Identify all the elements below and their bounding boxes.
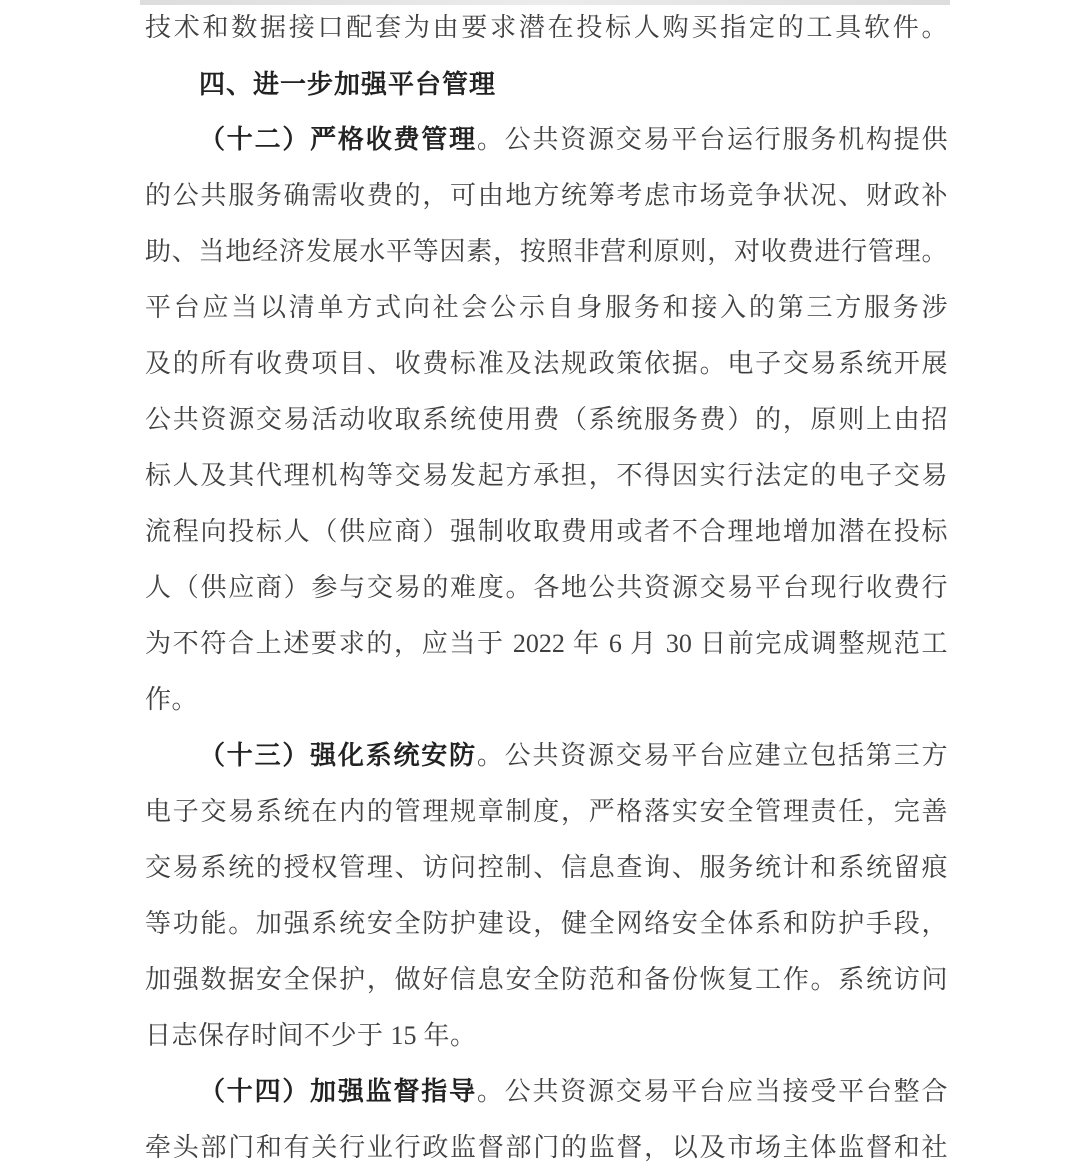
text-segment: 助、当地经济发展水平等因素，按照非营利原则，对收费进行管理。 <box>145 237 948 266</box>
text-line: 公共资源交易活动收取系统使用费（系统服务费）的，原则上由招 <box>145 392 948 448</box>
numeral: 15 <box>391 1021 417 1050</box>
text-segment: 为不符合上述要求的，应当于 2022 年 6 月 30 日前完成调整规范工 <box>145 629 948 658</box>
text-segment: 平台应当以清单方式向社会公示自身服务和接入的第三方服务涉 <box>145 293 948 322</box>
text-line: 加强数据安全保护，做好信息安全防范和备份恢复工作。系统访问 <box>145 952 948 1008</box>
text-line: 电子交易系统在内的管理规章制度，严格落实安全管理责任，完善 <box>145 784 948 840</box>
text-line: 为不符合上述要求的，应当于 2022 年 6 月 30 日前完成调整规范工 <box>145 616 948 672</box>
bold-text-segment: 四、进一步加强平台管理 <box>199 69 496 99</box>
text-line: （十四）加强监督指导。公共资源交易平台应当接受平台整合 <box>145 1064 948 1120</box>
text-line: 技术和数据接口配套为由要求潜在投标人购买指定的工具软件。 <box>145 0 948 56</box>
text-line: 助、当地经济发展水平等因素，按照非营利原则，对收费进行管理。 <box>145 224 948 280</box>
text-segment: 的公共服务确需收费的，可由地方统筹考虑市场竞争状况、财政补 <box>145 181 948 210</box>
text-segment: 等功能。加强系统安全防护建设，健全网络安全体系和防护手段， <box>145 909 948 938</box>
text-segment: 加强数据安全保护，做好信息安全防范和备份恢复工作。系统访问 <box>145 965 948 994</box>
text-segment: 。公共资源交易平台应当接受平台整合 <box>477 1077 948 1106</box>
text-segment: 。公共资源交易平台应建立包括第三方 <box>477 741 948 770</box>
text-segment: 及的所有收费项目、收费标准及法规政策依据。电子交易系统开展 <box>145 349 948 378</box>
text-segment: 日志保存时间不少于 15 年。 <box>145 1021 477 1050</box>
text-segment: 标人及其代理机构等交易发起方承担，不得因实行法定的电子交易 <box>145 461 948 490</box>
bold-text-segment: （十二）严格收费管理 <box>199 125 477 154</box>
text-line: 等功能。加强系统安全防护建设，健全网络安全体系和防护手段， <box>145 896 948 952</box>
text-segment: 交易系统的授权管理、访问控制、信息查询、服务统计和系统留痕 <box>145 853 948 882</box>
text-line: 日志保存时间不少于 15 年。 <box>145 1008 948 1064</box>
text-line: 的公共服务确需收费的，可由地方统筹考虑市场竞争状况、财政补 <box>145 168 948 224</box>
text-segment: 。公共资源交易平台运行服务机构提供 <box>477 125 948 154</box>
text-line: 交易系统的授权管理、访问控制、信息查询、服务统计和系统留痕 <box>145 840 948 896</box>
numeral: 2022 <box>513 629 565 658</box>
numeral: 30 <box>666 629 692 658</box>
text-line: （十二）严格收费管理。公共资源交易平台运行服务机构提供 <box>145 112 948 168</box>
text-segment: 人（供应商）参与交易的难度。各地公共资源交易平台现行收费行 <box>145 573 948 602</box>
text-line: 牵头部门和有关行业行政监督部门的监督，以及市场主体监督和社 <box>145 1120 948 1176</box>
text-line: 及的所有收费项目、收费标准及法规政策依据。电子交易系统开展 <box>145 336 948 392</box>
bold-text-segment: （十三）强化系统安防 <box>199 741 477 770</box>
document-page: 技术和数据接口配套为由要求潜在投标人购买指定的工具软件。四、进一步加强平台管理（… <box>0 0 1080 1176</box>
text-segment: 公共资源交易活动收取系统使用费（系统服务费）的，原则上由招 <box>145 405 948 434</box>
text-line: （十三）强化系统安防。公共资源交易平台应建立包括第三方 <box>145 728 948 784</box>
text-block: 技术和数据接口配套为由要求潜在投标人购买指定的工具软件。四、进一步加强平台管理（… <box>145 0 948 1176</box>
numeral: 6 <box>609 629 622 658</box>
text-segment: 流程向投标人（供应商）强制收取费用或者不合理地增加潜在投标 <box>145 517 948 546</box>
text-line: 流程向投标人（供应商）强制收取费用或者不合理地增加潜在投标 <box>145 504 948 560</box>
text-segment: 牵头部门和有关行业行政监督部门的监督，以及市场主体监督和社 <box>145 1133 948 1162</box>
text-line: 人（供应商）参与交易的难度。各地公共资源交易平台现行收费行 <box>145 560 948 616</box>
text-segment: 作。 <box>145 685 198 714</box>
text-line: 平台应当以清单方式向社会公示自身服务和接入的第三方服务涉 <box>145 280 948 336</box>
text-segment: 电子交易系统在内的管理规章制度，严格落实安全管理责任，完善 <box>145 797 948 826</box>
section-heading: 四、进一步加强平台管理 <box>145 56 948 112</box>
bold-text-segment: （十四）加强监督指导 <box>199 1077 477 1106</box>
text-line: 作。 <box>145 672 948 728</box>
text-line: 标人及其代理机构等交易发起方承担，不得因实行法定的电子交易 <box>145 448 948 504</box>
text-segment: 技术和数据接口配套为由要求潜在投标人购买指定的工具软件。 <box>145 13 948 42</box>
